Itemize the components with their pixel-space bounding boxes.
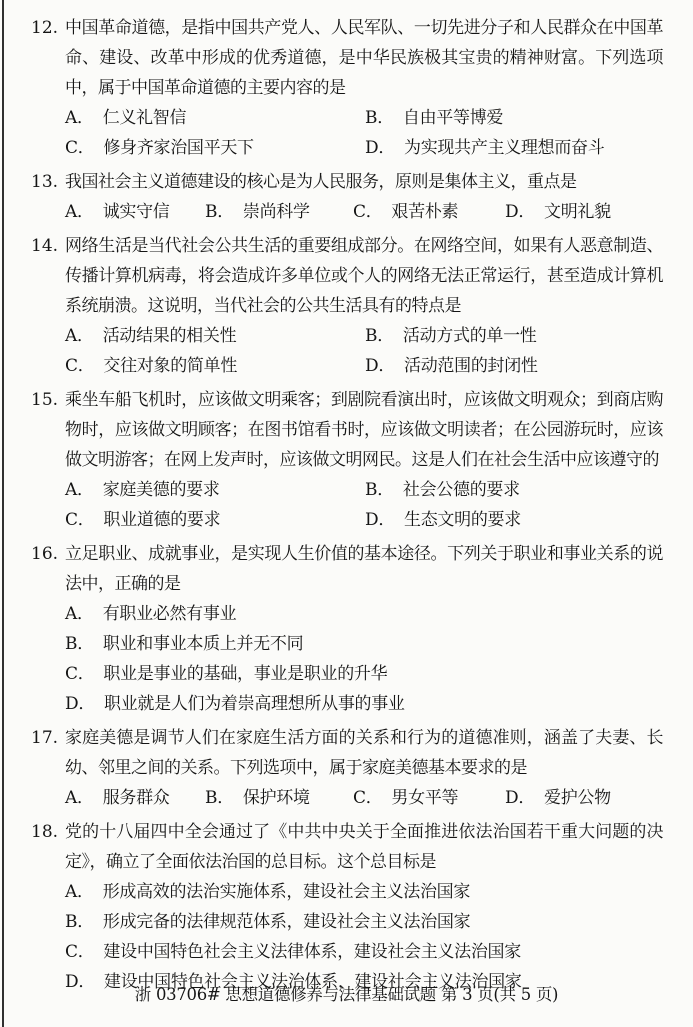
question-number: 14.: [0, 231, 65, 381]
option-c: C． 建设中国特色社会主义法律体系，建设社会主义法治国家: [65, 937, 663, 967]
scan-edge-line: [2, 0, 4, 1027]
option-label: D．: [505, 197, 535, 227]
option-text: 崇尚科学: [243, 197, 310, 227]
option-text: 诚实守信: [103, 197, 170, 227]
options-grid: A． 诚实守信 B． 崇尚科学 C． 艰苦朴素 D． 文明礼貌: [65, 197, 663, 227]
option-d: D． 文明礼貌: [505, 197, 663, 227]
option-c: C． 职业道德的要求: [65, 505, 365, 535]
option-b: B． 职业和事业本质上并无不同: [65, 629, 663, 659]
option-label: B．: [65, 907, 94, 937]
option-text: 文明礼貌: [544, 197, 611, 227]
option-d: D． 活动范围的封闭性: [365, 351, 663, 381]
question-stem: 立足职业、成就事业，是实现人生价值的基本途径。下列关于职业和事业关系的说法中，正…: [65, 539, 663, 599]
option-text: 交往对象的简单性: [103, 351, 237, 381]
option-label: D．: [505, 783, 535, 813]
option-b: B． 活动方式的单一性: [365, 321, 663, 351]
question-18: 18. 党的十八届四中全会通过了《中共中央关于全面推进依法治国若干重大问题的决定…: [0, 817, 663, 997]
question-stem: 家庭美德是调节人们在家庭生活方面的关系和行为的道德准则，涵盖了夫妻、长幼、邻里之…: [65, 723, 663, 783]
option-a: A． 家庭美德的要求: [65, 475, 365, 505]
option-label: B．: [365, 103, 394, 133]
option-label: C．: [65, 351, 94, 381]
option-label: C．: [65, 937, 94, 967]
option-label: A．: [65, 599, 94, 629]
option-label: B．: [365, 321, 394, 351]
option-text: 职业是事业的基础，事业是职业的升华: [103, 659, 387, 689]
question-stem: 网络生活是当代社会公共生活的重要组成部分。在网络空间，如果有人恶意制造、传播计算…: [65, 231, 663, 321]
option-label: B．: [365, 475, 394, 505]
option-d: D． 职业就是人们为着崇高理想所从事的事业: [65, 689, 663, 719]
option-text: 职业道德的要求: [103, 505, 220, 535]
option-a: A． 仁义礼智信: [65, 103, 365, 133]
option-text: 生态文明的要求: [404, 505, 521, 535]
option-text: 保护环境: [243, 783, 310, 813]
question-stem: 我国社会主义道德建设的核心是为人民服务，原则是集体主义，重点是: [65, 167, 663, 197]
option-label: C．: [65, 505, 94, 535]
option-label: D．: [365, 133, 395, 163]
options-grid: A． 活动结果的相关性 B． 活动方式的单一性 C． 交往对象的简单性 D． 活…: [65, 321, 663, 381]
option-c: C． 交往对象的简单性: [65, 351, 365, 381]
question-15: 15. 乘坐车船飞机时，应该做文明乘客；到剧院看演出时，应该做文明观众；到商店购…: [0, 385, 663, 535]
question-number: 16.: [0, 539, 65, 719]
option-a: A． 服务群众: [65, 783, 205, 813]
option-text: 家庭美德的要求: [103, 475, 220, 505]
option-text: 爱护公物: [544, 783, 611, 813]
question-12: 12. 中国革命道德，是指中国共产党人、人民军队、一切先进分子和人民群众在中国革…: [0, 13, 663, 163]
question-number: 13.: [0, 167, 65, 227]
option-label: A．: [65, 197, 94, 227]
question-number: 15.: [0, 385, 65, 535]
option-a: A． 活动结果的相关性: [65, 321, 365, 351]
question-13: 13. 我国社会主义道德建设的核心是为人民服务，原则是集体主义，重点是 A． 诚…: [0, 167, 663, 227]
option-b: B． 社会公德的要求: [365, 475, 663, 505]
option-text: 建设中国特色社会主义法律体系，建设社会主义法治国家: [103, 937, 521, 967]
option-c: C． 修身齐家治国平天下: [65, 133, 365, 163]
exam-page: 12. 中国革命道德，是指中国共产党人、人民军队、一切先进分子和人民群众在中国革…: [0, 0, 693, 997]
option-label: C．: [353, 783, 382, 813]
option-text: 活动方式的单一性: [403, 321, 537, 351]
option-d: D． 生态文明的要求: [365, 505, 663, 535]
option-a: A． 诚实守信: [65, 197, 205, 227]
option-c: C． 职业是事业的基础，事业是职业的升华: [65, 659, 663, 689]
option-label: D．: [365, 351, 395, 381]
options-grid: A． 服务群众 B． 保护环境 C． 男女平等 D． 爱护公物: [65, 783, 663, 813]
options-grid: A． 家庭美德的要求 B． 社会公德的要求 C． 职业道德的要求 D． 生态文明…: [65, 475, 663, 535]
option-label: A．: [65, 321, 94, 351]
option-text: 活动结果的相关性: [103, 321, 237, 351]
option-text: 艰苦朴素: [391, 197, 458, 227]
option-text: 修身齐家治国平天下: [103, 133, 253, 163]
option-label: B．: [65, 629, 94, 659]
option-text: 活动范围的封闭性: [404, 351, 538, 381]
options-grid: A． 仁义礼智信 B． 自由平等博爱 C． 修身齐家治国平天下 D． 为实现共产…: [65, 103, 663, 163]
option-text: 服务群众: [103, 783, 170, 813]
option-text: 形成高效的法治实施体系，建设社会主义法治国家: [103, 877, 470, 907]
option-text: 有职业必然有事业: [103, 599, 237, 629]
option-b: B． 形成完备的法律规范体系，建设社会主义法治国家: [65, 907, 663, 937]
option-text: 职业就是人们为着崇高理想所从事的事业: [104, 689, 405, 719]
option-b: B． 保护环境: [205, 783, 353, 813]
option-label: B．: [205, 783, 234, 813]
option-text: 社会公德的要求: [403, 475, 520, 505]
option-text: 自由平等博爱: [403, 103, 503, 133]
option-label: B．: [205, 197, 234, 227]
option-text: 仁义礼智信: [103, 103, 187, 133]
option-text: 男女平等: [391, 783, 458, 813]
option-c: C． 艰苦朴素: [353, 197, 505, 227]
option-c: C． 男女平等: [353, 783, 505, 813]
question-16: 16. 立足职业、成就事业，是实现人生价值的基本途径。下列关于职业和事业关系的说…: [0, 539, 663, 719]
option-text: 职业和事业本质上并无不同: [103, 629, 303, 659]
option-d: D． 为实现共产主义理想而奋斗: [365, 133, 663, 163]
option-label: C．: [353, 197, 382, 227]
question-stem: 党的十八届四中全会通过了《中共中央关于全面推进依法治国若干重大问题的决定》，确立…: [65, 817, 663, 877]
option-label: D．: [365, 505, 395, 535]
option-text: 形成完备的法律规范体系，建设社会主义法治国家: [103, 907, 470, 937]
question-14: 14. 网络生活是当代社会公共生活的重要组成部分。在网络空间，如果有人恶意制造、…: [0, 231, 663, 381]
option-b: B． 自由平等博爱: [365, 103, 663, 133]
question-number: 18.: [0, 817, 65, 997]
option-label: C．: [65, 133, 94, 163]
question-number: 12.: [0, 13, 65, 163]
option-d: D． 爱护公物: [505, 783, 663, 813]
question-17: 17. 家庭美德是调节人们在家庭生活方面的关系和行为的道德准则，涵盖了夫妻、长幼…: [0, 723, 663, 813]
option-label: A．: [65, 103, 94, 133]
page-footer: 浙 03706# 思想道德修养与法律基础试题 第 3 页(共 5 页): [0, 980, 693, 1010]
option-label: A．: [65, 783, 94, 813]
options-list: A． 形成高效的法治实施体系，建设社会主义法治国家 B． 形成完备的法律规范体系…: [65, 877, 663, 997]
options-list: A． 有职业必然有事业 B． 职业和事业本质上并无不同 C． 职业是事业的基础，…: [65, 599, 663, 719]
option-text: 为实现共产主义理想而奋斗: [404, 133, 604, 163]
question-stem: 乘坐车船飞机时，应该做文明乘客；到剧院看演出时，应该做文明观众；到商店购物时，应…: [65, 385, 663, 475]
option-label: A．: [65, 877, 94, 907]
option-label: D．: [65, 689, 95, 719]
option-label: A．: [65, 475, 94, 505]
option-a: A． 形成高效的法治实施体系，建设社会主义法治国家: [65, 877, 663, 907]
option-label: C．: [65, 659, 94, 689]
option-a: A． 有职业必然有事业: [65, 599, 663, 629]
option-b: B． 崇尚科学: [205, 197, 353, 227]
question-stem: 中国革命道德，是指中国共产党人、人民军队、一切先进分子和人民群众在中国革命、建设…: [65, 13, 663, 103]
question-number: 17.: [0, 723, 65, 813]
